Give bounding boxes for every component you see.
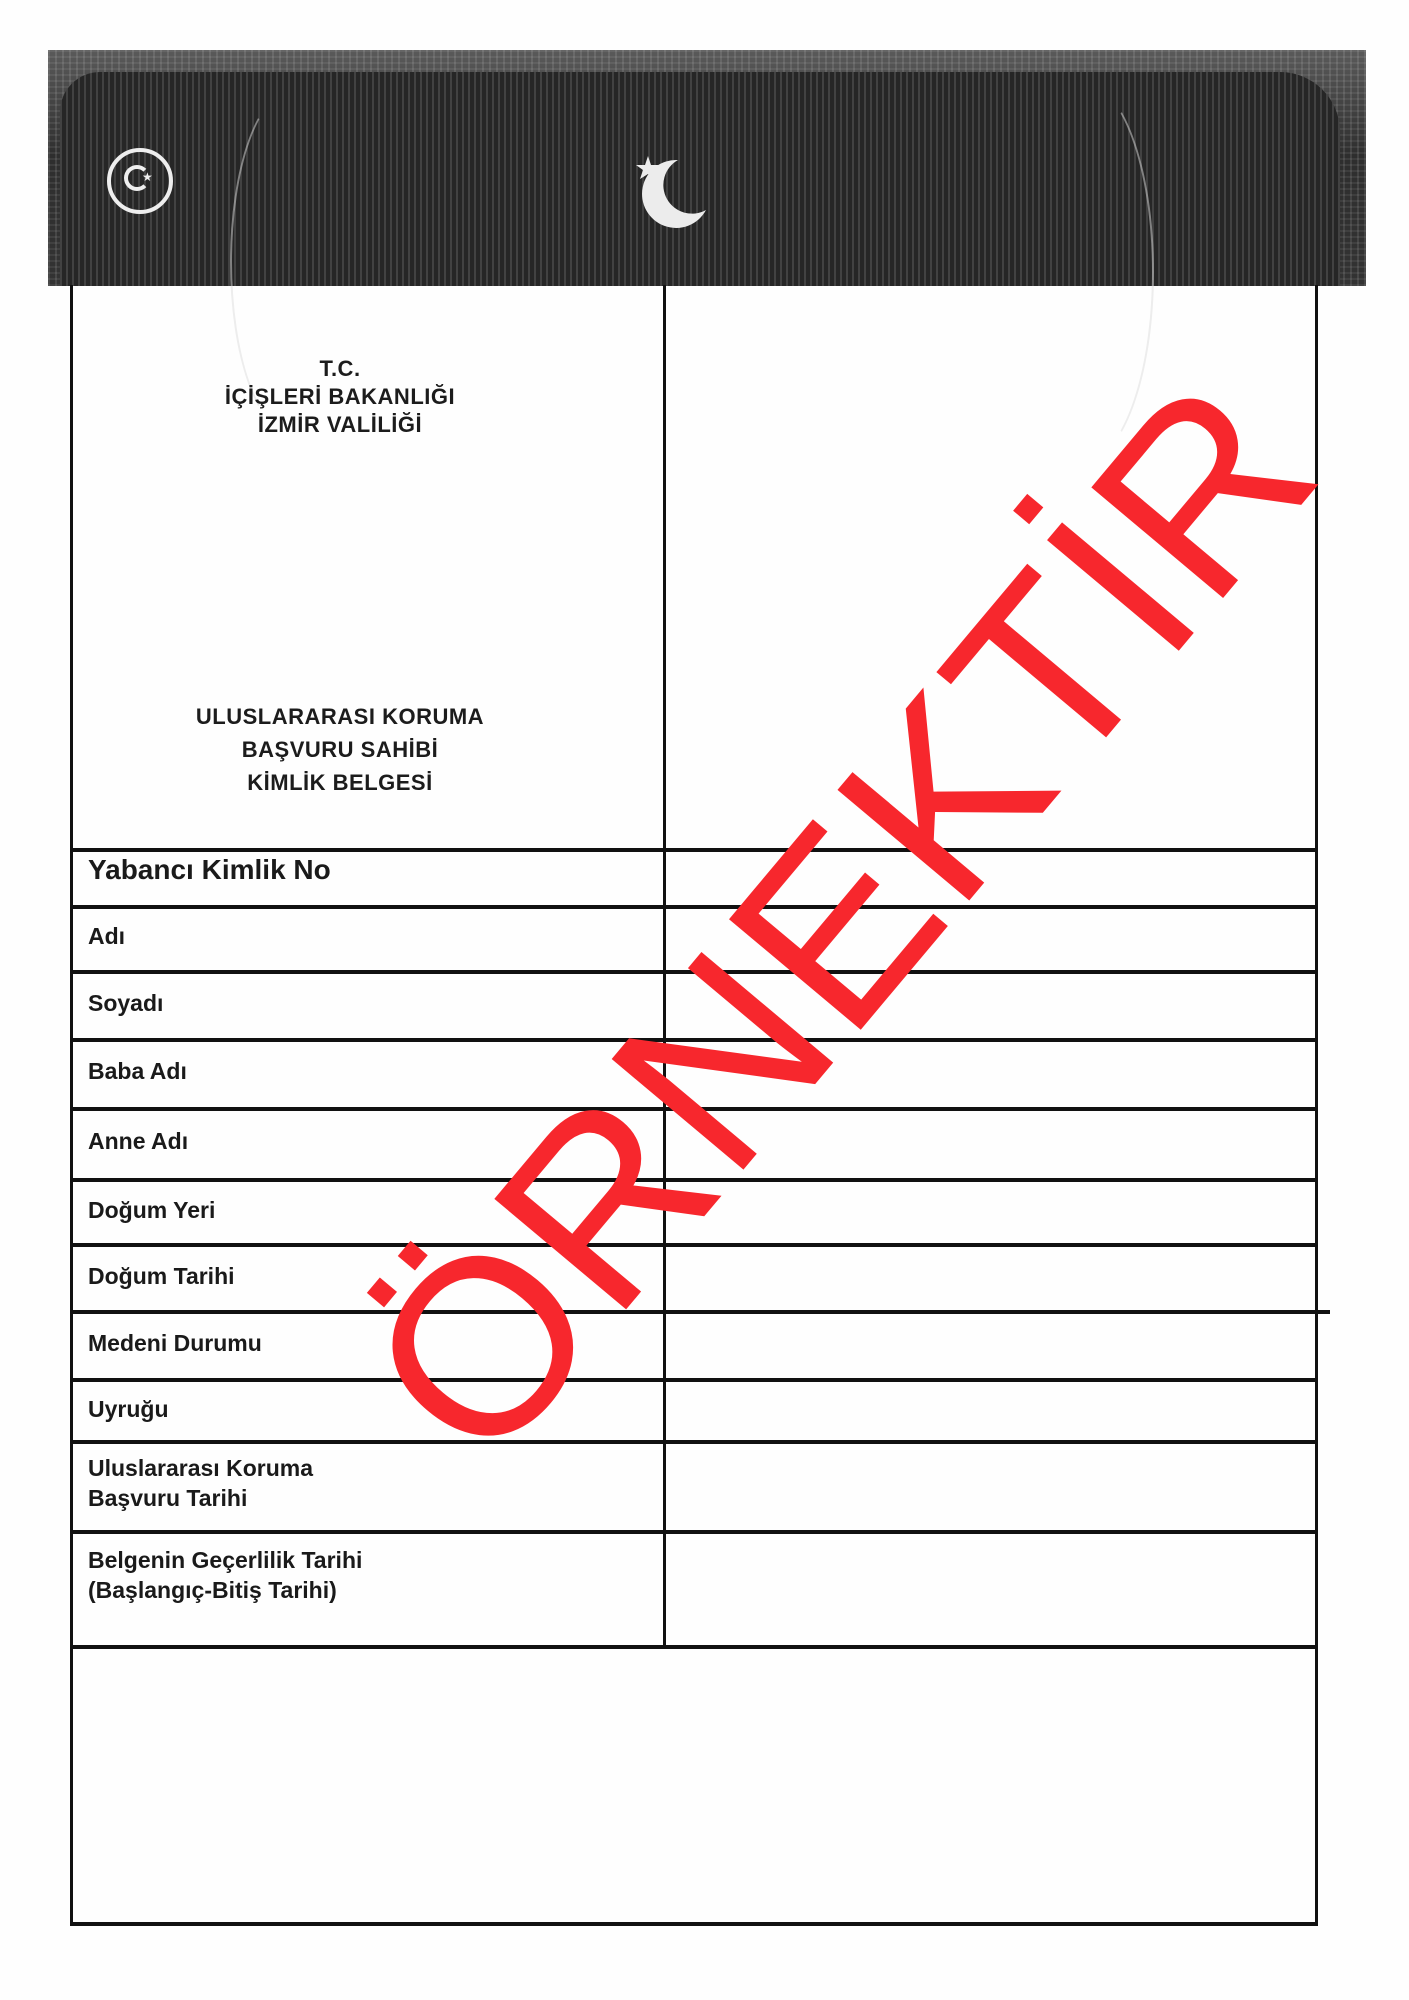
value-father-name xyxy=(670,1043,1310,1103)
issuer-line-3: İZMİR VALİLİĞİ xyxy=(70,411,610,439)
label-birth-place: Doğum Yeri xyxy=(88,1195,215,1225)
crescent-star-icon xyxy=(628,140,718,230)
value-surname xyxy=(670,975,1310,1035)
label-application-date-line-2: Başvuru Tarihi xyxy=(88,1483,313,1513)
document-title-line-1: ULUSLARARASI KORUMA xyxy=(70,700,610,733)
row-line xyxy=(70,1243,1318,1247)
photo-area xyxy=(668,290,1313,845)
table-border-right xyxy=(1315,285,1318,1925)
value-marital-status xyxy=(670,1315,1310,1375)
table-border-left xyxy=(70,285,73,1925)
value-validity-date xyxy=(670,1535,1310,1643)
label-surname: Soyadı xyxy=(88,988,163,1018)
document-title-line-3: KİMLİK BELGESİ xyxy=(70,766,610,799)
label-father-name: Baba Adı xyxy=(88,1056,187,1086)
label-validity-date-line-1: Belgenin Geçerlilik Tarihi xyxy=(88,1545,362,1575)
issuer-line-1: T.C. xyxy=(70,355,610,383)
label-nationality: Uyruğu xyxy=(88,1394,169,1424)
seal-emblem-icon xyxy=(107,148,173,214)
value-nationality xyxy=(670,1383,1310,1437)
row-line xyxy=(70,1645,1318,1649)
label-validity-date-line-2: (Başlangıç-Bitiş Tarihi) xyxy=(88,1575,362,1605)
row-line xyxy=(70,1038,1318,1042)
row-line xyxy=(70,1107,1318,1111)
document-title-line-2: BAŞVURU SAHİBİ xyxy=(70,733,610,766)
row-line xyxy=(70,1310,1330,1314)
issuer-block: T.C. İÇİŞLERİ BAKANLIĞI İZMİR VALİLİĞİ xyxy=(70,355,610,439)
value-application-date xyxy=(670,1445,1310,1527)
label-name: Adı xyxy=(88,921,125,951)
row-line xyxy=(70,905,1318,909)
row-line xyxy=(70,1378,1318,1382)
value-foreign-id-no xyxy=(670,852,1310,902)
notes-area xyxy=(75,1650,1315,1920)
value-birth-date xyxy=(670,1248,1310,1306)
row-line xyxy=(70,1530,1318,1534)
label-marital-status: Medeni Durumu xyxy=(88,1328,262,1358)
document-title: ULUSLARARASI KORUMA BAŞVURU SAHİBİ KİMLİ… xyxy=(70,700,610,799)
document-page: T.C. İÇİŞLERİ BAKANLIĞI İZMİR VALİLİĞİ U… xyxy=(0,0,1409,2000)
value-birth-place xyxy=(670,1183,1310,1239)
table-border-bottom xyxy=(70,1922,1318,1926)
issuer-line-2: İÇİŞLERİ BAKANLIĞI xyxy=(70,383,610,411)
row-line xyxy=(70,970,1318,974)
value-name xyxy=(670,910,1310,968)
label-application-date-line-1: Uluslararası Koruma xyxy=(88,1453,313,1483)
label-validity-date: Belgenin Geçerlilik Tarihi (Başlangıç-Bi… xyxy=(88,1545,362,1605)
label-birth-date: Doğum Tarihi xyxy=(88,1261,235,1291)
label-mother-name: Anne Adı xyxy=(88,1126,188,1156)
row-line xyxy=(70,1178,1318,1182)
row-line xyxy=(70,1440,1318,1444)
label-foreign-id-no: Yabancı Kimlik No xyxy=(88,855,331,885)
value-mother-name xyxy=(670,1112,1310,1174)
label-application-date: Uluslararası Koruma Başvuru Tarihi xyxy=(88,1453,313,1513)
